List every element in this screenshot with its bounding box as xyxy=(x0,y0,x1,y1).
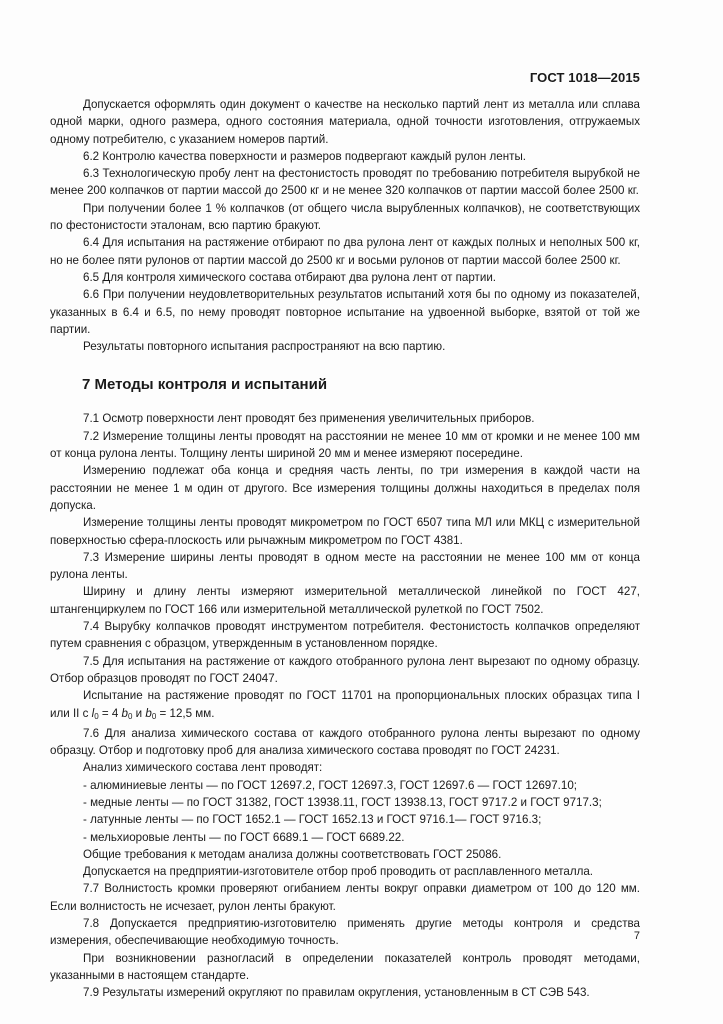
paragraph-7-6: 7.6 Для анализа химического состава от к… xyxy=(50,725,640,760)
paragraph-6-6: 6.6 При получении неудовлетворительных р… xyxy=(50,286,640,338)
paragraph-6-2: 6.2 Контролю качества поверхности и разм… xyxy=(50,148,640,165)
document-id-header: ГОСТ 1018—2015 xyxy=(530,70,640,85)
paragraph-7-5: 7.5 Для испытания на растяжение от каждо… xyxy=(50,653,640,688)
paragraph-6-4: 6.4 Для испытания на растяжение отбирают… xyxy=(50,234,640,269)
paragraph-7-1: 7.1 Осмотр поверхности лент проводят без… xyxy=(50,410,640,427)
document-page: ГОСТ 1018—2015 Допускается оформлять оди… xyxy=(0,0,723,1024)
formula-eq2: = 12,5 мм. xyxy=(156,707,214,720)
paragraph-7-2-micrometer: Измерение толщины ленты проводят микроме… xyxy=(50,514,640,549)
analysis-molten-metal: Допускается на предприятии-изготовителе … xyxy=(50,863,640,880)
paragraph-7-2-ends: Измерению подлежат оба конца и средняя ч… xyxy=(50,462,640,514)
paragraph-6-5: 6.5 Для контроля химического состава отб… xyxy=(50,269,640,286)
paragraph-7-9: 7.9 Результаты измерений округляют по пр… xyxy=(50,984,640,1001)
paragraph-6-3-reject: При получении более 1 % колпачков (от об… xyxy=(50,200,640,235)
paragraph-7-4: 7.4 Вырубку колпачков проводят инструмен… xyxy=(50,618,640,653)
paragraph-7-8-disputes: При возникновении разногласий в определе… xyxy=(50,950,640,985)
analysis-list-item: - латунные ленты — по ГОСТ 1652.1 — ГОСТ… xyxy=(50,811,640,828)
analysis-list-intro: Анализ химического состава лент проводят… xyxy=(50,759,640,776)
paragraph-7-8: 7.8 Допускается предприятию-изготовителю… xyxy=(50,915,640,950)
analysis-list-item: - медные ленты — по ГОСТ 31382, ГОСТ 139… xyxy=(50,794,640,811)
paragraph-6-6-retest: Результаты повторного испытания распрост… xyxy=(50,338,640,355)
analysis-list-item: - мельхиоровые ленты — по ГОСТ 6689.1 — … xyxy=(50,829,640,846)
analysis-list-item: - алюминиевые ленты — по ГОСТ 12697.2, Г… xyxy=(50,777,640,794)
paragraph-7-3: 7.3 Измерение ширины ленты проводят в од… xyxy=(50,549,640,584)
paragraph-quality-document: Допускается оформлять один документ о ка… xyxy=(50,96,640,148)
paragraph-7-7: 7.7 Волнистость кромки проверяют огибани… xyxy=(50,880,640,915)
section-heading-7: 7 Методы контроля и испытаний xyxy=(82,375,640,395)
paragraph-7-5-tensile: Испытание на растяжение проводят по ГОСТ… xyxy=(50,687,640,725)
analysis-general-requirements: Общие требования к методам анализа должн… xyxy=(50,846,640,863)
page-body: Допускается оформлять один документ о ка… xyxy=(50,96,640,1002)
formula-and: и xyxy=(132,707,145,720)
paragraph-7-3-tools: Ширину и длину ленты измеряют измеритель… xyxy=(50,583,640,618)
formula-eq1: = 4 xyxy=(99,707,122,720)
paragraph-7-2: 7.2 Измерение толщины ленты проводят на … xyxy=(50,428,640,463)
page-number: 7 xyxy=(634,930,640,942)
paragraph-6-3: 6.3 Технологическую пробу лент на фестон… xyxy=(50,165,640,200)
